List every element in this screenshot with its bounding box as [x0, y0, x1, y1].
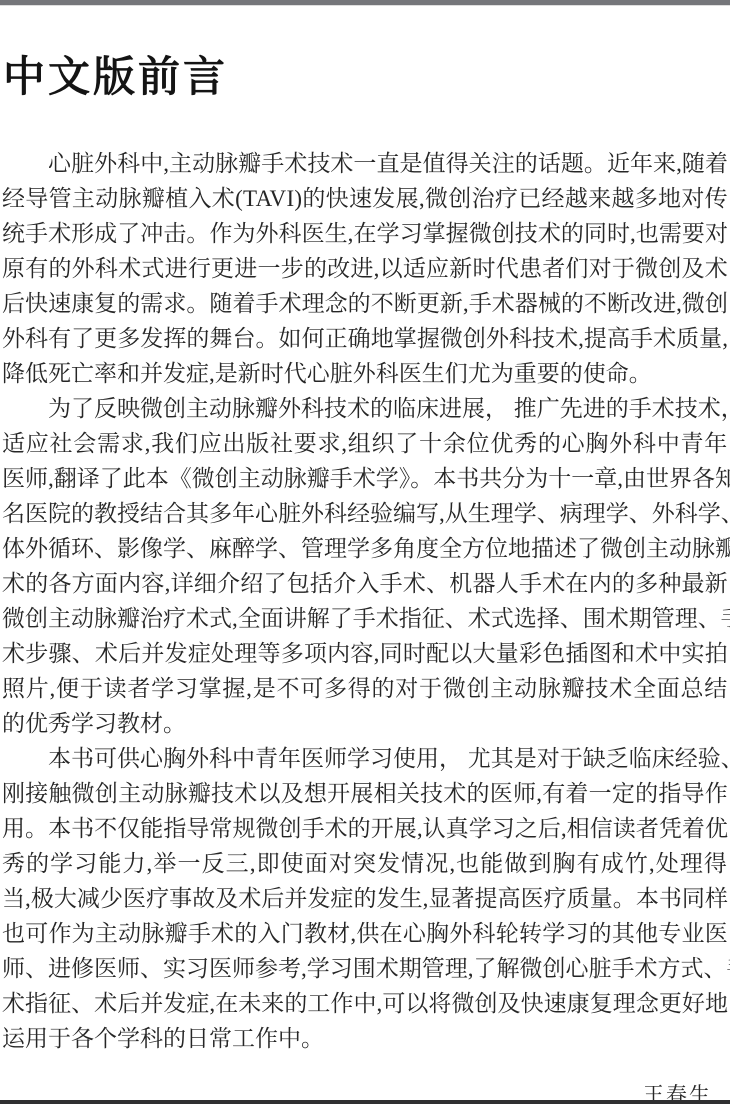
text-line: 医师,翻译了此本《微创主动脉瓣手术学》。本书共分为十一章,由世界各知: [2, 461, 728, 496]
text-line: 体外循环、影像学、麻醉学、管理学多角度全方位地描述了微创主动脉瓣手: [2, 531, 728, 566]
text-line: 后快速康复的需求。随着手术理念的不断更新,手术器械的不断改进,微创: [2, 286, 728, 321]
text-line: 外科有了更多发挥的舞台。如何正确地掌握微创外科技术,提高手术质量,: [2, 321, 728, 356]
text-line: 原有的外科术式进行更进一步的改进,以适应新时代患者们对于微创及术: [2, 251, 728, 286]
text-line: 的优秀学习教材。: [2, 706, 728, 741]
text-line: 心脏外科中,主动脉瓣手术技术一直是值得关注的话题。近年来,随着: [2, 146, 728, 181]
text-line: 适应社会需求,我们应出版社要求,组织了十余位优秀的心胸外科中青年: [2, 426, 728, 461]
text-line: 秀的学习能力,举一反三,即使面对突发情况,也能做到胸有成竹,处理得: [2, 846, 728, 881]
paragraph: 心脏外科中,主动脉瓣手术技术一直是值得关注的话题。近年来,随着经导管主动脉瓣植入…: [2, 146, 728, 391]
text-line: 术的各方面内容,详细介绍了包括介入手术、机器人手术在内的多种最新: [2, 566, 728, 601]
text-line: 术步骤、术后并发症处理等多项内容,同时配以大量彩色插图和术中实拍: [2, 636, 728, 671]
text-line: 为了反映微创主动脉瓣外科技术的临床进展， 推广先进的手术技术，: [2, 391, 728, 426]
paragraph: 为了反映微创主动脉瓣外科技术的临床进展， 推广先进的手术技术，适应社会需求,我们…: [2, 391, 728, 741]
text-line: 也可作为主动脉瓣手术的入门教材,供在心胸外科轮转学习的其他专业医: [2, 916, 728, 951]
text-line: 用。本书不仅能指导常规微创手术的开展,认真学习之后,相信读者凭着优: [2, 811, 728, 846]
text-line: 术指征、术后并发症,在未来的工作中,可以将微创及快速康复理念更好地: [2, 986, 728, 1021]
text-block: 心脏外科中,主动脉瓣手术技术一直是值得关注的话题。近年来,随着经导管主动脉瓣植入…: [2, 146, 728, 1056]
bottom-rule: [0, 1100, 730, 1104]
text-line: 微创主动脉瓣治疗术式,全面讲解了手术指征、术式选择、围术期管理、手: [2, 601, 728, 636]
top-rule: [0, 0, 730, 6]
text-line: 本书可供心胸外科中青年医师学习使用， 尤其是对于缺乏临床经验、: [2, 741, 728, 776]
text-line: 刚接触微创主动脉瓣技术以及想开展相关技术的医师,有着一定的指导作: [2, 776, 728, 811]
text-line: 经导管主动脉瓣植入术(TAVI)的快速发展,微创治疗已经越来越多地对传: [2, 181, 728, 216]
text-line: 当,极大减少医疗事故及术后并发症的发生,显著提高医疗质量。本书同样: [2, 881, 728, 916]
text-line: 照片,便于读者学习掌握,是不可多得的对于微创主动脉瓣技术全面总结: [2, 671, 728, 706]
text-line: 名医院的教授结合其多年心脏外科经验编写,从生理学、病理学、外科学、: [2, 496, 728, 531]
text-line: 统手术形成了冲击。作为外科医生,在学习掌握微创技术的同时,也需要对: [2, 216, 728, 251]
page-title: 中文版前言: [3, 44, 228, 104]
text-line: 运用于各个学科的日常工作中。: [2, 1021, 728, 1056]
paragraph: 本书可供心胸外科中青年医师学习使用， 尤其是对于缺乏临床经验、刚接触微创主动脉瓣…: [2, 741, 728, 1056]
text-line: 降低死亡率和并发症,是新时代心脏外科医生们尤为重要的使命。: [2, 356, 728, 391]
text-line: 师、进修医师、实习医师参考,学习围术期管理,了解微创心脏手术方式、手: [2, 951, 728, 986]
